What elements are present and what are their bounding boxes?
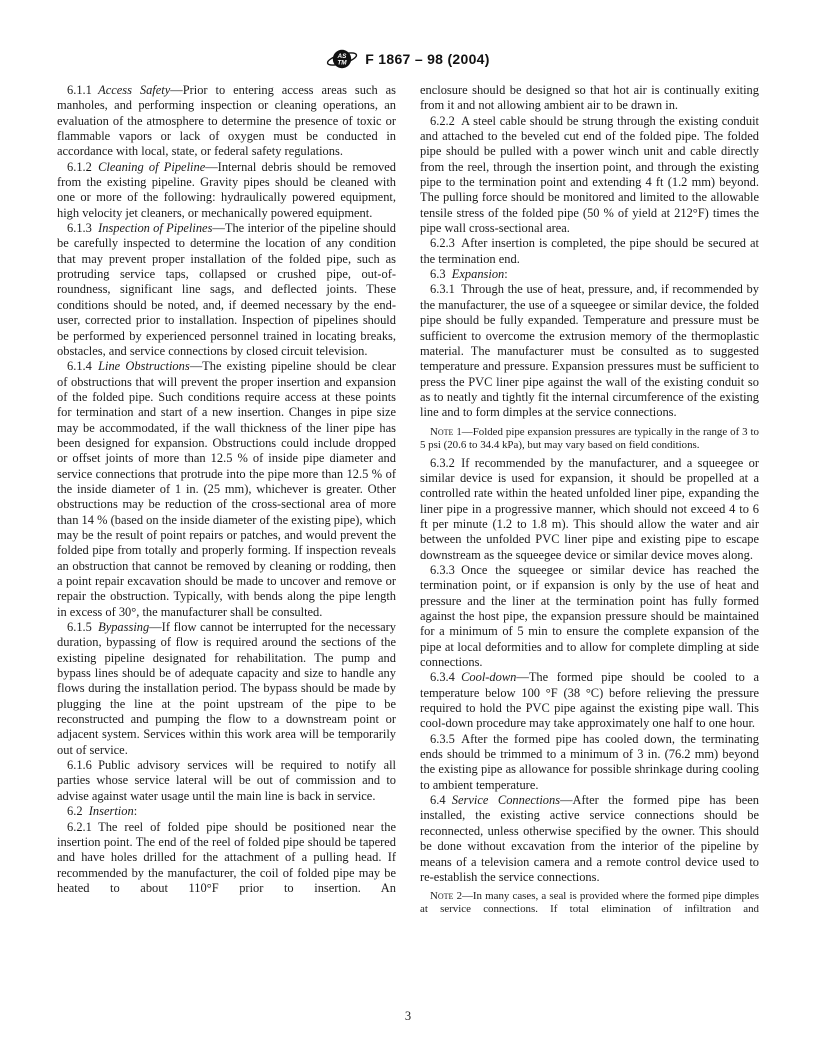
body-paragraph: 6.1.3 Inspection of Pipelines—The interi… <box>57 221 396 359</box>
body-paragraph: enclosure should be designed so that hot… <box>420 83 759 114</box>
body-paragraph: 6.3.2 If recommended by the manufacturer… <box>420 456 759 563</box>
body-paragraph: 6.2.2 A steel cable should be strung thr… <box>420 114 759 237</box>
left-column: 6.1.1 Access Safety—Prior to entering ac… <box>57 83 396 920</box>
astm-logo-icon: AS TM <box>326 47 358 71</box>
note-paragraph: Note 2—In many cases, a seal is provided… <box>420 890 759 916</box>
body-paragraph: 6.2 Insertion: <box>57 804 396 819</box>
body-paragraph: 6.1.5 Bypassing—If flow cannot be interr… <box>57 620 396 758</box>
body-paragraph: 6.3.1 Through the use of heat, pressure,… <box>420 282 759 420</box>
page-header: AS TM F 1867 – 98 (2004) <box>0 47 816 71</box>
standard-designation: F 1867 – 98 (2004) <box>365 51 489 67</box>
document-page: AS TM F 1867 – 98 (2004) 6.1.1 Access Sa… <box>0 0 816 1056</box>
body-paragraph: 6.1.4 Line Obstructions—The existing pip… <box>57 359 396 620</box>
page-number: 3 <box>405 1009 411 1023</box>
body-paragraph: 6.3.3 Once the squeegee or similar devic… <box>420 563 759 670</box>
body-paragraph: 6.1.2 Cleaning of Pipeline—Internal debr… <box>57 160 396 221</box>
svg-text:TM: TM <box>338 60 348 67</box>
body-paragraph: 6.3.5 After the formed pipe has cooled d… <box>420 732 759 793</box>
body-paragraph: 6.1.6 Public advisory services will be r… <box>57 758 396 804</box>
body-paragraph: 6.4 Service Connections—After the formed… <box>420 793 759 885</box>
right-column: enclosure should be designed so that hot… <box>420 83 759 920</box>
body-paragraph: 6.1.1 Access Safety—Prior to entering ac… <box>57 83 396 160</box>
two-column-text: 6.1.1 Access Safety—Prior to entering ac… <box>57 83 759 920</box>
body-paragraph: 6.3 Expansion: <box>420 267 759 282</box>
body-paragraph: 6.3.4 Cool-down—The formed pipe should b… <box>420 670 759 731</box>
body-paragraph: 6.2.3 After insertion is completed, the … <box>420 236 759 267</box>
note-paragraph: Note 1—Folded pipe expansion pressures a… <box>420 426 759 452</box>
page-footer: 3 <box>0 1009 816 1024</box>
body-paragraph: 6.2.1 The reel of folded pipe should be … <box>57 820 396 897</box>
